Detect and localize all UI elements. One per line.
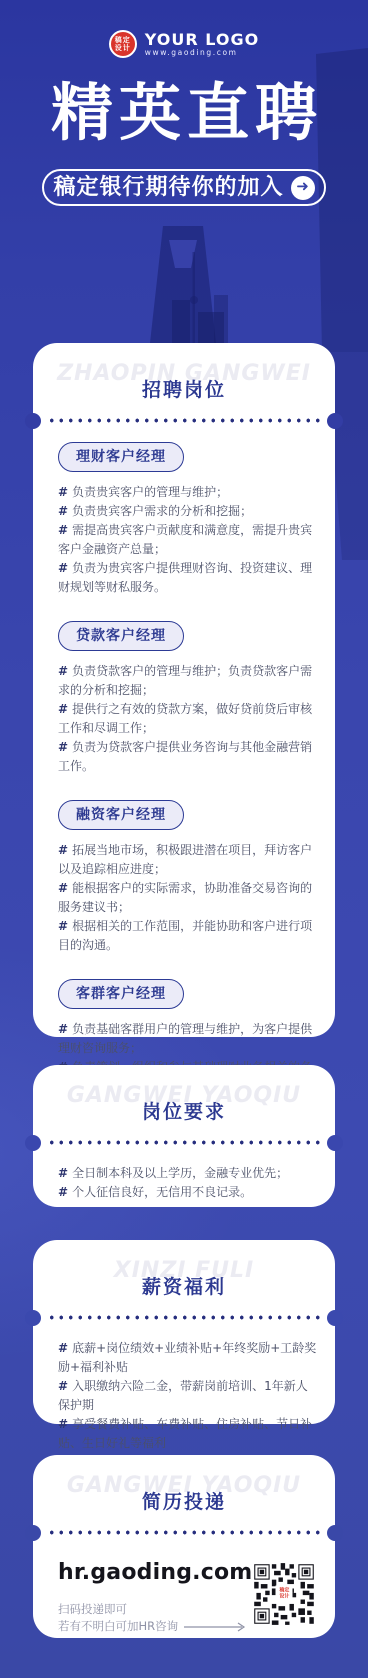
divider-dots: [47, 1530, 321, 1535]
bullet-text: 负责为贷款客户提供业务咨询与其他金融营销工作。: [58, 740, 312, 773]
hash-prefix: #: [58, 1022, 68, 1036]
divider-dots: [47, 418, 321, 423]
job-title-pill: 理财客户经理: [58, 442, 184, 472]
qr-code: 稿定 设计: [252, 1562, 316, 1626]
hash-prefix: #: [58, 1379, 68, 1393]
dotted-divider: [33, 1310, 335, 1325]
section-title: 薪资福利: [33, 1272, 335, 1299]
job-title-pill: 客群客户经理: [58, 979, 184, 1009]
notch-left: [25, 1135, 41, 1151]
subtitle-pill: 稿定银行期待你的加入 ➜: [42, 169, 326, 206]
section-title: 简历投递: [33, 1487, 335, 1514]
brand-badge-line1: 稿定: [115, 36, 131, 44]
bullet-text: 需提高贵宾客户贡献度和满意度，需提升贵宾客户金融资产总量；: [58, 523, 312, 556]
bullet-item: #负责为贵宾客户提供理财咨询、投资建议、理财规划等财私服务。: [58, 559, 317, 597]
bullet-text: 能根据客户的实际需求，协助准备交易咨询的服务建议书；: [58, 881, 312, 914]
bullet-item: #享受餐费补贴、车费补贴、住房补贴、节日补贴、生日好礼等福利: [58, 1415, 317, 1453]
section-title: 招聘岗位: [33, 375, 335, 402]
notch-right: [327, 1135, 343, 1151]
section-card-benefits: XINZI FULI 薪资福利 #底薪+岗位绩效+业绩补贴+年终奖励+工龄奖励+…: [33, 1240, 335, 1424]
bullet-text: 底薪+岗位绩效+业绩补贴+年终奖励+工龄奖励+福利补贴: [58, 1341, 316, 1374]
resume-left-col: hr.gaoding.com 扫码投递即可 若有不明白可加HR咨询: [58, 1552, 252, 1635]
bullet-item: #拓展当地市场，积极跟进潜在项目，拜访客户以及追踪相应进度；: [58, 841, 317, 879]
notch-left: [25, 413, 41, 429]
card-head: GANGWEI YAOQIU 简历投递: [33, 1455, 335, 1525]
bullet-item: #负责为贷款客户提供业务咨询与其他金融营销工作。: [58, 738, 317, 776]
long-arrow-icon: [184, 1622, 248, 1632]
job-block: 理财客户经理 #负责贵宾客户的管理与维护； #负责贵宾客户需求的分析和挖掘； #…: [58, 442, 317, 597]
bullet-text: 享受餐费补贴、车费补贴、住房补贴、节日补贴、生日好礼等福利: [58, 1417, 312, 1450]
job-block: 贷款客户经理 #负责贷款客户的管理与维护；负责贷款客户需求的分析和挖掘； #提供…: [58, 621, 317, 776]
logo-texts: YOUR LOGO www.gaoding.com: [145, 31, 259, 57]
divider-dots: [47, 1140, 321, 1145]
hash-prefix: #: [58, 881, 68, 895]
bullet-text: 提供行之有效的贷款方案，做好贷前贷后审核工作和尽调工作；: [58, 702, 312, 735]
bullet-item: #入职缴纳六险二金，带薪岗前培训、1年新人保护期: [58, 1377, 317, 1415]
jobs-list: 理财客户经理 #负责贵宾客户的管理与维护； #负责贵宾客户需求的分析和挖掘； #…: [33, 428, 335, 1134]
section-card-resume: GANGWEI YAOQIU 简历投递 hr.gaoding.com 扫码投递即…: [33, 1455, 335, 1638]
note-line-2-text: 若有不明白可加HR咨询: [58, 1618, 178, 1635]
brand-badge-icon: 稿定 设计: [109, 30, 137, 58]
hash-prefix: #: [58, 504, 68, 518]
note-line-1: 扫码投递即可: [58, 1601, 252, 1618]
job-title-pill: 贷款客户经理: [58, 621, 184, 651]
arrow-icon: ➜: [291, 176, 315, 200]
bullet-text: 负责贵宾客户需求的分析和挖掘；: [72, 504, 252, 518]
logo-url: www.gaoding.com: [145, 48, 259, 57]
note-line-2: 若有不明白可加HR咨询: [58, 1618, 252, 1635]
section-title: 岗位要求: [33, 1097, 335, 1124]
section-card-jobs: ZHAOPIN GANGWEI 招聘岗位 理财客户经理 #负责贵宾客户的管理与维…: [33, 343, 335, 1037]
poster-title: 精英直聘: [0, 80, 368, 146]
bullet-item: #负责贵宾客户的管理与维护；: [58, 483, 317, 502]
job-title-pill: 融资客户经理: [58, 800, 184, 830]
resume-site-text: hr.gaoding.com: [58, 1560, 252, 1585]
bullet-text: 负责贵宾客户的管理与维护；: [72, 485, 228, 499]
brand-badge-line2: 设计: [115, 44, 131, 52]
hash-prefix: #: [58, 523, 68, 537]
bullet-item: #根据相关的工作范围，并能协助和客户进行项目的沟通。: [58, 917, 317, 955]
hash-prefix: #: [58, 1185, 68, 1199]
bullet-item: #能根据客户的实际需求，协助准备交易咨询的服务建议书；: [58, 879, 317, 917]
hash-prefix: #: [58, 1417, 68, 1431]
bullet-text: 负责为贵宾客户提供理财咨询、投资建议、理财规划等财私服务。: [58, 561, 312, 594]
bullet-text: 拓展当地市场，积极跟进潜在项目，拜访客户以及追踪相应进度；: [58, 843, 312, 876]
notch-right: [327, 1310, 343, 1326]
dotted-divider: [33, 1135, 335, 1150]
bullet-item: #全日制本科及以上学历，金融专业优先；: [58, 1164, 317, 1183]
bullet-text: 负责贷款客户的管理与维护；负责贷款客户需求的分析和挖掘；: [58, 664, 312, 697]
notch-left: [25, 1310, 41, 1326]
bullet-text: 入职缴纳六险二金，带薪岗前培训、1年新人保护期: [58, 1379, 308, 1412]
bullet-item: #负责贵宾客户需求的分析和挖掘；: [58, 502, 317, 521]
divider-dots: [47, 1315, 321, 1320]
card-head: GANGWEI YAOQIU 岗位要求: [33, 1065, 335, 1135]
hash-prefix: #: [58, 702, 68, 716]
bullet-text: 负责基础客群用户的管理与维护，为客户提供理财咨询服务；: [58, 1022, 312, 1055]
bullet-item: #需提高贵宾客户贡献度和满意度，需提升贵宾客户金融资产总量；: [58, 521, 317, 559]
bullet-item: #负责贷款客户的管理与维护；负责贷款客户需求的分析和挖掘；: [58, 662, 317, 700]
bullet-text: 全日制本科及以上学历，金融专业优先；: [72, 1166, 288, 1180]
bullet-text: 根据相关的工作范围，并能协助和客户进行项目的沟通。: [58, 919, 312, 952]
bullet-text: 个人征信良好，无信用不良记录。: [72, 1185, 252, 1199]
hash-prefix: #: [58, 740, 68, 754]
subtitle-text: 稿定银行期待你的加入: [53, 176, 283, 200]
hash-prefix: #: [58, 561, 68, 575]
section-card-requirements: GANGWEI YAOQIU 岗位要求 #全日制本科及以上学历，金融专业优先； …: [33, 1065, 335, 1207]
notch-right: [327, 1525, 343, 1541]
bullet-item: #提供行之有效的贷款方案，做好贷前贷后审核工作和尽调工作；: [58, 700, 317, 738]
hash-prefix: #: [58, 1341, 68, 1355]
qr-center-badge: 稿定 设计: [277, 1587, 292, 1602]
bullet-item: #底薪+岗位绩效+业绩补贴+年终奖励+工龄奖励+福利补贴: [58, 1339, 317, 1377]
recruitment-poster: 稿定 设计 YOUR LOGO www.gaoding.com 精英直聘 稿定银…: [0, 0, 368, 1678]
card-head: XINZI FULI 薪资福利: [33, 1240, 335, 1310]
hash-prefix: #: [58, 664, 68, 678]
notch-right: [327, 413, 343, 429]
dotted-divider: [33, 1525, 335, 1540]
hash-prefix: #: [58, 1166, 68, 1180]
job-block: 融资客户经理 #拓展当地市场，积极跟进潜在项目，拜访客户以及追踪相应进度； #能…: [58, 800, 317, 955]
notch-left: [25, 1525, 41, 1541]
card-head: ZHAOPIN GANGWEI 招聘岗位: [33, 343, 335, 413]
hash-prefix: #: [58, 485, 68, 499]
dotted-divider: [33, 413, 335, 428]
logo-title: YOUR LOGO: [145, 31, 259, 48]
bullet-item: #负责基础客群用户的管理与维护，为客户提供理财咨询服务；: [58, 1020, 317, 1058]
hash-prefix: #: [58, 919, 68, 933]
header-logo: 稿定 设计 YOUR LOGO www.gaoding.com: [0, 30, 368, 58]
hash-prefix: #: [58, 843, 68, 857]
bullet-item: #个人征信良好，无信用不良记录。: [58, 1183, 317, 1202]
